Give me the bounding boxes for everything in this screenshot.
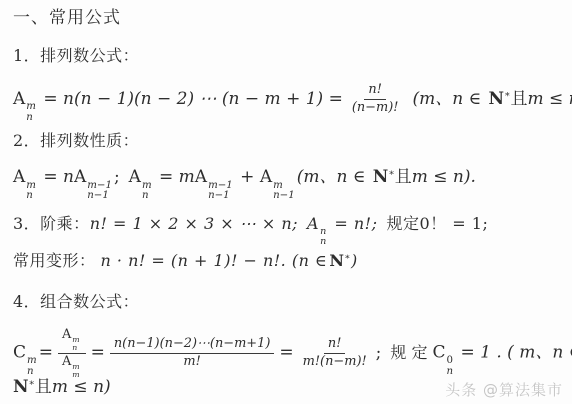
sub: n (26, 191, 33, 202)
superscript-subscript: mn−1 (273, 181, 295, 202)
math-token: n · n! = (n + 1)! − n!. (n ∈ (101, 251, 328, 270)
section3-variant-line: 常用变形：n · n! = (n + 1)! − n!. (n ∈N∗) (13, 251, 358, 271)
section4-title-text: 4．组合数公式： (13, 292, 139, 311)
fraction-denominator: m!(n−m)! (299, 354, 371, 371)
math-token: = n!; (329, 214, 378, 233)
fraction-numerator: Amn (58, 327, 86, 354)
superscript-subscript: mn (27, 356, 37, 377)
sub: n (320, 237, 327, 247)
condition-close: m ≤ n). (527, 89, 572, 109)
math-base-A: A (62, 354, 71, 369)
math-base-A: A (62, 327, 71, 342)
set-N: N (13, 377, 29, 397)
equals-sign: = (279, 343, 293, 363)
semicolon: ; (114, 167, 120, 187)
formula-permutation-property: Amn = nAm−1n−1;Amn = mAm−1n−1 + Amn−1(m、… (13, 167, 476, 202)
page: 一、常用公式 1．排列数公式： Amn = n(n − 1)(n − 2) ⋯ … (0, 0, 572, 404)
sub: n−1 (87, 191, 109, 202)
set-N: N (329, 251, 344, 270)
condition-open: (m、n ∈ (412, 89, 486, 109)
set-N: N (489, 89, 505, 109)
section1-title: 1．排列数公式： (13, 46, 139, 66)
superscript-subscript: mn (142, 181, 152, 202)
condition-wrap-line: N∗且m ≤ n) (13, 377, 111, 398)
guiding-word: 规 定 (390, 343, 427, 362)
condition-close: m ≤ n) (52, 377, 111, 397)
condition-close: m ≤ n). (412, 167, 476, 187)
superscript-subscript: 0n (447, 356, 454, 377)
condition-open: (m、n ∈ (297, 167, 371, 187)
condition-open: m、n ∈ (519, 343, 572, 363)
sub: n−1 (208, 191, 230, 202)
close-paren: ) (351, 251, 358, 270)
math-base-A: A (260, 167, 272, 187)
zero-factorial-rule: 规定0！ = 1; (387, 214, 489, 233)
sub: n (72, 344, 77, 352)
math-base-A: A (13, 167, 25, 187)
section3-prefix: 3．阶乘： (13, 214, 90, 233)
math-base-A: A (13, 89, 25, 109)
variant-prefix: 常用变形： (13, 251, 96, 270)
formula-permutation: Amn = n(n − 1)(n − 2) ⋯ (n − m + 1) =n!(… (13, 82, 572, 124)
math-token: n! = 1 × 2 × 3 × ⋯ × n; (90, 214, 298, 233)
fraction-numerator: n! (324, 336, 346, 354)
math-token: = 1 . ( (455, 343, 519, 363)
sub: n (26, 113, 33, 124)
fraction: n(n−1)(n−2)⋯(n−m+1)m! (110, 336, 275, 371)
superscript-subscript: mn (72, 336, 79, 352)
equals-sign: = (39, 343, 53, 363)
sub: n (142, 191, 149, 202)
math-base-C: C (433, 343, 446, 363)
plus-sign: + (235, 167, 260, 187)
math-token: = n (38, 167, 74, 187)
section2-title: 2．排列数性质： (13, 131, 139, 151)
page-title: 一、常用公式 (13, 8, 121, 29)
math-token: = n(n − 1)(n − 2) ⋯ (n − m + 1) = (38, 89, 343, 109)
superscript-subscript: mn (26, 181, 36, 202)
section4-title: 4．组合数公式： (13, 292, 139, 312)
fraction-denominator: (n−m)! (348, 100, 403, 117)
superscript-subscript: m−1n−1 (208, 181, 233, 202)
set-N: N (373, 167, 389, 187)
watermark-logo: 头条 @算法集市 (445, 379, 563, 400)
superscript-subscript: m−1n−1 (87, 181, 112, 202)
fraction: AmnAmm (58, 327, 86, 379)
fraction-denominator: Amm (58, 354, 86, 380)
fraction-denominator: m! (179, 354, 204, 371)
fraction: n!(n−m)! (348, 82, 403, 117)
math-base-A: A (195, 167, 207, 187)
section1-title-text: 1．排列数公式： (13, 46, 139, 65)
fraction: n!m!(n−m)! (299, 336, 371, 371)
section2-title-text: 2．排列数性质： (13, 131, 139, 150)
semicolon: ; (376, 343, 382, 363)
math-base-C: C (13, 343, 26, 363)
math-base-A-italic: A (307, 214, 319, 233)
heading-text: 一、常用公式 (13, 8, 121, 28)
math-token: = m (154, 167, 195, 187)
fraction-numerator: n! (364, 82, 386, 100)
equals-sign: = (91, 343, 105, 363)
and-word: 且 (510, 89, 527, 109)
sub: n (27, 367, 34, 378)
sub: n−1 (273, 191, 295, 202)
math-base-A: A (129, 167, 141, 187)
section3-factorial-line: 3．阶乘：n! = 1 × 2 × 3 × ⋯ × n;Ann = n!;规定0… (13, 214, 488, 247)
and-word: 且 (395, 167, 412, 187)
math-base-A: A (74, 167, 86, 187)
formula-combination: Cmn=AmnAmm=n(n−1)(n−2)⋯(n−m+1)m!=n!m!(n−… (13, 327, 572, 379)
superscript-subscript: mn (26, 102, 36, 123)
superscript-subscript: nn (320, 227, 327, 247)
and-word: 且 (35, 377, 52, 397)
sub: n (447, 367, 454, 378)
fraction-numerator: n(n−1)(n−2)⋯(n−m+1) (110, 336, 275, 354)
